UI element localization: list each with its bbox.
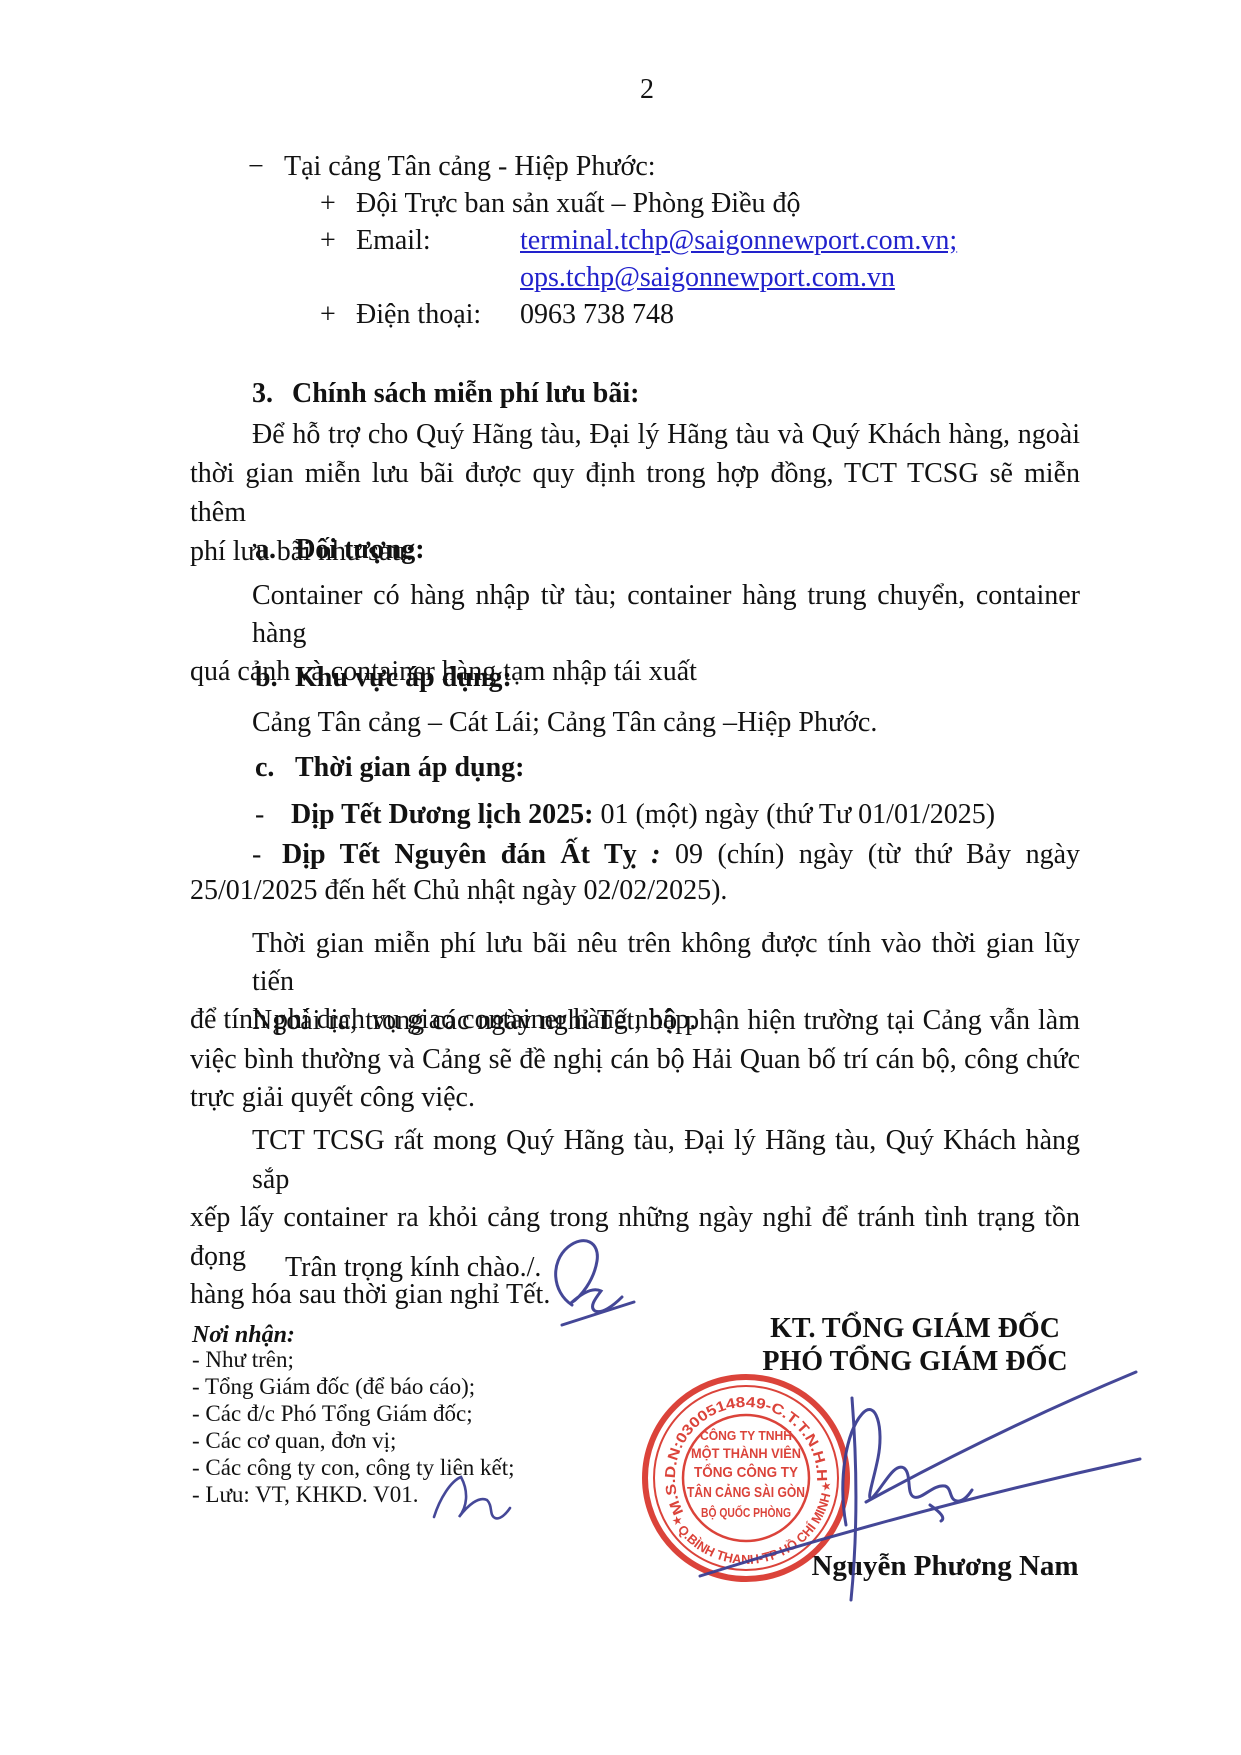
subsection-b-letter: b. [255, 662, 295, 694]
holiday-item-new-year: -Dịp Tết Dương lịch 2025: 01 (một) ngày … [255, 799, 995, 831]
subsection-a-heading: a.Đối tượng: [255, 534, 425, 566]
company-stamp: M.S.D.N:0300514849-C.T.T.N.H.H Q.BÌNH TH… [645, 1377, 847, 1583]
paragraph-line: thời gian miễn lưu bãi được quy định tro… [190, 454, 1080, 532]
stamp-line-saigon-newport: TÂN CẢNG SÀI GÒN [687, 1483, 805, 1501]
paragraph-line: TCT TCSG rất mong Quý Hãng tàu, Đại lý H… [252, 1122, 1080, 1199]
stamp-line-corporation: TỔNG CÔNG TY [694, 1463, 798, 1481]
stamp-line-company-type: CÔNG TY TNHH [700, 1428, 792, 1443]
paragraph-line: Để hỗ trợ cho Quý Hãng tàu, Đại lý Hãng … [252, 415, 1080, 454]
list-dash: - [252, 837, 282, 873]
email-label: Email: [356, 224, 520, 258]
paragraph-line: việc bình thường và Cảng sẽ đề nghị cán … [190, 1041, 1080, 1080]
email-link-ops[interactable]: ops.tchp@saigonnewport.com.vn [520, 262, 895, 293]
closing-initial-signature [556, 1241, 634, 1325]
section3-number: 3. [252, 378, 292, 410]
paragraph-line: trực giải quyết công việc. [190, 1079, 1080, 1118]
note-paragraph-2: Ngoài ra, trong các ngày nghỉ Tết, bộ ph… [190, 1002, 1080, 1118]
stamp-and-signature-layer: M.S.D.N:0300514849-C.T.T.N.H.H Q.BÌNH TH… [400, 1230, 1180, 1630]
list-dash: - [255, 799, 291, 831]
subsection-c-letter: c. [255, 752, 295, 784]
paragraph-line: -Dịp Tết Nguyên đán Ất Tỵ : 09 (chín) ng… [252, 837, 1080, 873]
holiday-item-label: Dịp Tết Dương lịch 2025: [291, 799, 593, 830]
plus-marker: + [320, 298, 356, 332]
item-colon: : [651, 839, 660, 870]
plus-marker: + [320, 187, 356, 221]
contact-email-line: +Email:terminal.tchp@saigonnewport.com.v… [320, 224, 957, 258]
contact-team: Đội Trực ban sản xuất – Phòng Điều độ [356, 188, 801, 219]
subsection-b-body: Cảng Tân cảng – Cát Lái; Cảng Tân cảng –… [252, 707, 877, 739]
phone-number: 0963 738 748 [520, 299, 674, 330]
stamp-star-left: ★ [670, 1513, 684, 1529]
stamp-star-right: ★ [819, 1478, 833, 1494]
subsection-a-title: Đối tượng: [295, 534, 425, 565]
holiday-item-lunar-new-year: -Dịp Tết Nguyên đán Ất Tỵ : 09 (chín) ng… [190, 837, 1080, 909]
holiday-item-label: Dịp Tết Nguyên đán Ất Tỵ [282, 839, 637, 870]
stamp-line-ministry: BỘ QUỐC PHÒNG [701, 1505, 791, 1520]
section3-heading: 3.Chính sách miễn phí lưu bãi: [252, 378, 639, 410]
contact-email2-line: ops.tchp@saigonnewport.com.vn [520, 261, 895, 295]
section3-title: Chính sách miễn phí lưu bãi: [292, 378, 639, 409]
subsection-b-heading: b.Khu vực áp dụng: [255, 662, 512, 694]
subsection-c-title: Thời gian áp dụng: [295, 752, 525, 783]
bullet-dash: − [248, 150, 284, 184]
contact-site: Tại cảng Tân cảng - Hiệp Phước: [284, 151, 656, 182]
contact-site-line: −Tại cảng Tân cảng - Hiệp Phước: [248, 150, 656, 184]
page-number: 2 [640, 74, 654, 106]
paragraph-line: Thời gian miễn phí lưu bãi nêu trên khôn… [252, 925, 1080, 1001]
phone-label: Điện thoại: [356, 298, 520, 332]
recipients-title: Nơi nhận: [192, 1322, 295, 1349]
contact-phone-line: +Điện thoại:0963 738 748 [320, 298, 674, 332]
subsection-c-heading: c.Thời gian áp dụng: [255, 752, 525, 784]
holiday-item-text: 01 (một) ngày (thứ Tư 01/01/2025) [600, 799, 995, 830]
subsection-b-title: Khu vực áp dụng: [295, 662, 512, 693]
paragraph-line: Container có hàng nhập từ tàu; container… [252, 577, 1080, 653]
archive-initial-signature [434, 1477, 510, 1518]
contact-team-line: +Đội Trực ban sản xuất – Phòng Điều độ [320, 187, 801, 221]
paragraph-line: 25/01/2025 đến hết Chủ nhật ngày 02/02/2… [190, 873, 1080, 909]
plus-marker: + [320, 224, 356, 258]
subsection-a-letter: a. [255, 534, 295, 566]
email-link-terminal[interactable]: terminal.tchp@saigonnewport.com.vn; [520, 225, 957, 256]
document-page: 2 −Tại cảng Tân cảng - Hiệp Phước: +Đội … [0, 0, 1241, 1755]
stamp-line-member: MỘT THÀNH VIÊN [691, 1444, 801, 1461]
paragraph-line: Ngoài ra, trong các ngày nghỉ Tết, bộ ph… [252, 1002, 1080, 1041]
holiday-item-text: 09 (chín) ngày (từ thứ Bảy ngày [675, 839, 1080, 870]
